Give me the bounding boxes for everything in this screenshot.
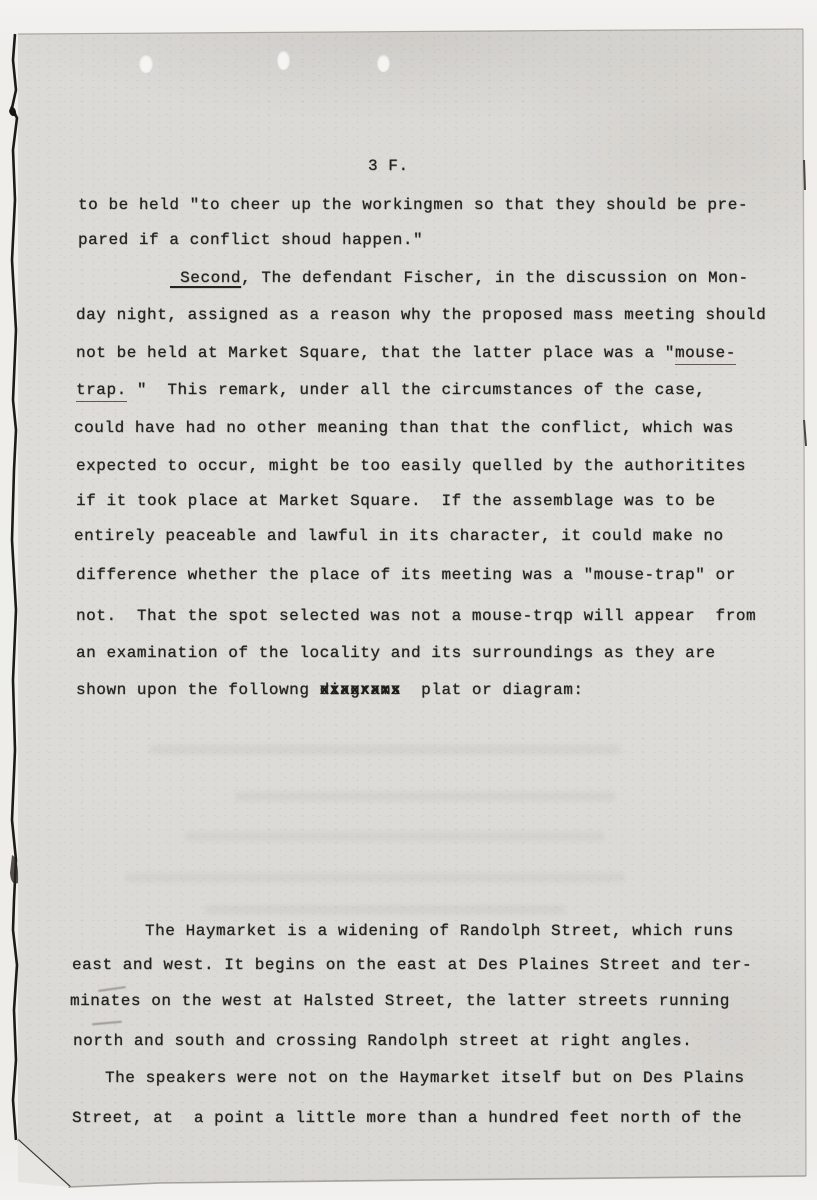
text-line: could have had no other meaning than tha…	[74, 419, 734, 437]
text-line: not. That the spot selected was not a mo…	[76, 607, 756, 625]
text-line: expected to occur, might be too easily q…	[76, 457, 746, 475]
text-line: if it took place at Market Square. If th…	[76, 492, 716, 510]
text-line: north and south and crossing Randolph st…	[73, 1032, 692, 1050]
bleed-through-ghost	[150, 745, 620, 754]
text-line: trap. " This remark, under all the circu…	[76, 381, 705, 399]
text-line: day night, assigned as a reason why the …	[76, 306, 766, 324]
page-number: 3 F.	[368, 157, 409, 175]
text-line: to be held "to cheer up the workingmen s…	[78, 196, 748, 214]
text-line: The Haymarket is a widening of Randolph …	[145, 922, 734, 940]
text-line: minates on the west at Halsted Street, t…	[70, 992, 730, 1010]
text-line: an examination of the locality and its s…	[76, 644, 716, 662]
punch-hole	[277, 50, 290, 70]
text-line: difference whether the place of its meet…	[76, 566, 736, 584]
bleed-through-ghost	[125, 873, 625, 882]
punch-hole	[377, 54, 390, 72]
bleed-through-ghost	[235, 792, 615, 801]
overstruck-word: diagramsxxxxxxxx	[320, 681, 401, 699]
text-line: pared if a conflict shoud happen."	[78, 231, 423, 249]
text-line: not be held at Market Square, that the l…	[76, 344, 736, 362]
document-page	[0, 0, 817, 1200]
bleed-through-ghost	[205, 905, 565, 914]
page-number-text: 3 F.	[368, 157, 409, 175]
text-line: Street, at a point a little more than a …	[72, 1109, 742, 1127]
text-line: Second, The defendant Fischer, in the di…	[170, 269, 749, 287]
text-line: east and west. It begins on the east at …	[72, 956, 752, 974]
text-line-strikeover: shown upon the followng diagramsxxxxxxxx…	[76, 681, 584, 699]
text-line: entirely peaceable and lawful in its cha…	[74, 527, 724, 545]
bleed-through-ghost	[185, 832, 605, 841]
text-line: The speakers were not on the Haymarket i…	[105, 1069, 745, 1087]
punch-hole	[139, 54, 153, 73]
